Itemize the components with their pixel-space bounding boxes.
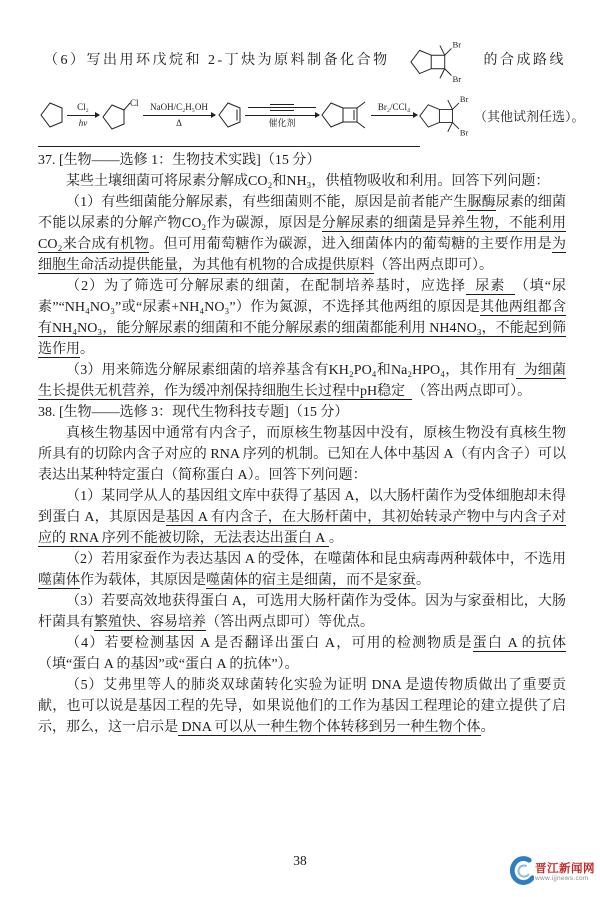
cyclopentane-structure bbox=[38, 99, 66, 131]
condition-label: 催化剂 bbox=[268, 118, 295, 128]
question-37-paragraph-3: （3）用来筛选分解尿素细菌的培养基含有KH₂PO₄和Na₂HPO₄，其作用有 为… bbox=[38, 360, 566, 402]
scheme-note-text: （其他试剂任选）。 bbox=[474, 106, 585, 125]
arrow-icon bbox=[245, 115, 319, 116]
dibromo-product-structure: Br Br bbox=[418, 90, 472, 140]
question-38-paragraph-2: （2）若用家蚕作为表达基因 A 的受体，在噬菌体和昆虫病毒两种载体中，不选用噬菌… bbox=[38, 549, 566, 591]
question-38-heading: 38. [生物——选修 3：现代生物科技专题]（15 分） bbox=[38, 402, 566, 423]
reaction-arrow-2: NaOH/C₂H₅OH Δ bbox=[142, 102, 216, 128]
reaction-arrow-3: 催化剂 bbox=[244, 102, 320, 128]
reaction-scheme: Cl₂ hν Cl NaOH/C₂H₅OH Δ bbox=[38, 90, 566, 140]
arrow-icon bbox=[371, 115, 417, 116]
bromine-label: Br bbox=[452, 74, 461, 84]
question-37-intro: 某些土壤细菌可将尿素分解成CO₂和NH₃，供植物吸收和利用。回答下列问题： bbox=[38, 171, 566, 192]
bromine-label: Br bbox=[452, 39, 461, 49]
news-site-watermark: 晋江新闻网 www.ijjnews.com bbox=[510, 856, 595, 890]
reaction-arrow-4: Br₂/CCl₄ bbox=[370, 102, 418, 127]
question-38-intro: 真核生物基因中通常有内含子，而原核生物基因中没有，原核生物没有真核生物所具有的切… bbox=[38, 423, 566, 486]
butyne-structure bbox=[248, 102, 316, 113]
page-content: （6）写出用环戊烷和 2-丁炔为原料制备化合物 Br Br 的合成路线 Cl₂ bbox=[0, 0, 600, 738]
arrow-icon bbox=[143, 115, 215, 116]
news-logo-text: 晋江新闻网 www.ijjnews.com bbox=[535, 863, 595, 883]
condition-label: hν bbox=[79, 118, 88, 128]
bromine-label: Br bbox=[460, 95, 469, 104]
question-37-paragraph-1: （1）有些细菌能分解尿素，有些细菌则不能，原因是前者能产生脲酶尿素的细菌不能以尿… bbox=[38, 192, 566, 276]
question-6-suffix-text: 的合成路线 bbox=[483, 51, 566, 71]
question-6-prefix-text: （6）写出用环戊烷和 2-丁炔为原料制备化合物 bbox=[38, 51, 390, 71]
condition-label: Δ bbox=[176, 118, 182, 128]
reagent-label: Cl₂ bbox=[77, 102, 89, 112]
question-37-paragraph-2: （2）为了筛选可分解尿素的细菌，在配制培养基时，应选择 尿素 （填“尿素”“NH… bbox=[38, 276, 566, 360]
exam-paper-page: （6）写出用环戊烷和 2-丁炔为原料制备化合物 Br Br 的合成路线 Cl₂ bbox=[0, 0, 600, 897]
target-compound-structure: Br Br bbox=[409, 36, 465, 86]
news-logo-name: 晋江新闻网 bbox=[535, 863, 595, 875]
chlorine-label: Cl bbox=[130, 99, 139, 108]
question-6-line: （6）写出用环戊烷和 2-丁炔为原料制备化合物 Br Br 的合成路线 bbox=[38, 36, 566, 86]
question-38-paragraph-4: （4）若要检测基因 A 是否翻译出蛋白 A，可用的检测物质是蛋白 A 的抗体（填… bbox=[38, 633, 566, 675]
reaction-arrow-1: Cl₂ hν bbox=[66, 102, 100, 128]
reagent-label: NaOH/C₂H₅OH bbox=[150, 102, 208, 112]
reagent-label: Br₂/CCl₄ bbox=[378, 102, 410, 112]
bromine-label: Br bbox=[460, 128, 469, 137]
question-38-paragraph-3: （3）若要高效地获得蛋白 A，可选用大肠杆菌作为受体。因为与家蚕相比，大肠杆菌具… bbox=[38, 591, 566, 633]
question-38-paragraph-1: （1）某同学从人的基因组文库中获得了基因 A，以大肠杆菌作为受体细胞却未得到蛋白… bbox=[38, 486, 566, 549]
question-38-paragraph-5: （5）艾弗里等人的肺炎双球菌转化实验为证明 DNA 是遗传物质做出了重要贡献，也… bbox=[38, 675, 566, 738]
chlorocyclopentane-structure: Cl bbox=[100, 99, 142, 131]
news-logo-swoosh-icon bbox=[510, 856, 534, 890]
dimethyl-bicyclic-structure bbox=[320, 95, 370, 135]
arrow-icon bbox=[67, 115, 99, 116]
answer-underline bbox=[38, 146, 420, 147]
cyclopentene-structure bbox=[216, 99, 244, 131]
question-37-heading: 37. [生物——选修 1：生物技术实践]（15 分） bbox=[38, 150, 566, 171]
news-logo-url: www.ijjnews.com bbox=[535, 875, 589, 883]
